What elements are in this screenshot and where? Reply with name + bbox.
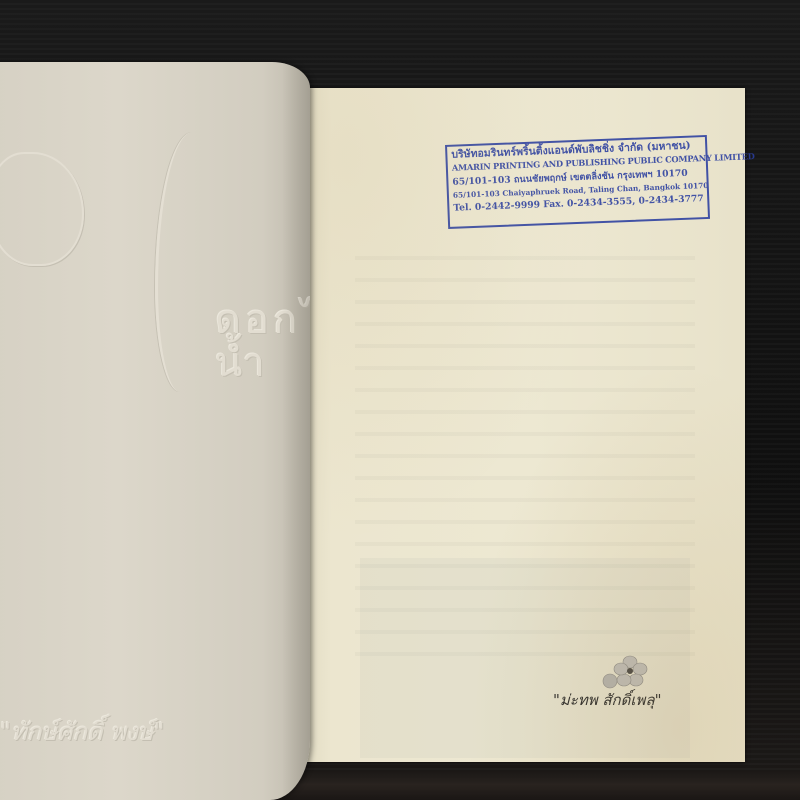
- embossed-title-line2: น้ำ: [215, 330, 269, 394]
- right-page: บริษัทอมรินทร์พริ้นติ้งแอนด์พับลิชชิ่ง จ…: [305, 88, 745, 762]
- flower-icon: [600, 653, 650, 693]
- left-page: ดอกไม้ น้ำ "ทักษ์ศักดิ์ พงษ์": [0, 62, 310, 800]
- embossed-stem-icon: [155, 132, 218, 392]
- handwritten-signature: "ม่ะทพ สักดิ์เพลุ": [553, 688, 661, 712]
- embossed-author: "ทักษ์ศักดิ์ พงษ์": [0, 712, 165, 751]
- embossed-flower-icon: [0, 152, 84, 266]
- publisher-stamp: บริษัทอมรินทร์พริ้นติ้งแอนด์พับลิชชิ่ง จ…: [445, 135, 710, 229]
